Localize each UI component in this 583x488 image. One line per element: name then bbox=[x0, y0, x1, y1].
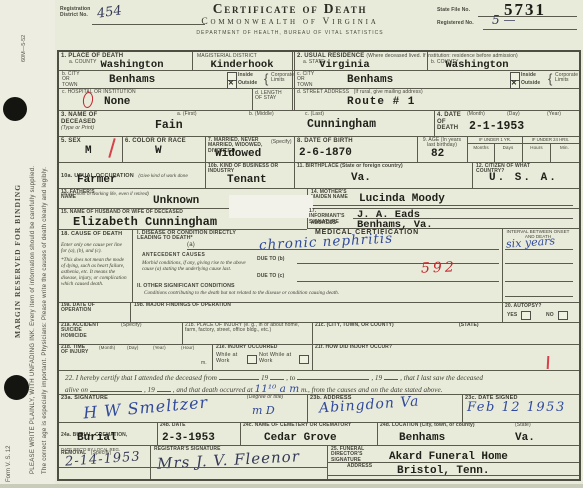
blank-line bbox=[270, 372, 284, 380]
certify-text: 19 bbox=[261, 374, 268, 382]
middle-name-label: b. (Middle) bbox=[249, 112, 274, 117]
minutes-label: Min. bbox=[551, 145, 578, 150]
cause-of-death-label: 18. CAUSE OF DEATH bbox=[61, 231, 127, 238]
rule-line bbox=[187, 249, 499, 250]
residence-county-value: Washington bbox=[427, 59, 527, 71]
certify-text: m., from the causes and on the date stat… bbox=[301, 386, 442, 394]
red-zero-mark bbox=[82, 91, 94, 108]
registered-no-label: Registered No. bbox=[437, 21, 474, 26]
day-label: (Day) bbox=[127, 345, 139, 350]
year-label: (Year) bbox=[153, 345, 166, 350]
mother-maiden-name-label: 14. MOTHER'S MAIDEN NAME bbox=[311, 190, 353, 201]
first-name-value: Fain bbox=[155, 119, 183, 132]
divider-line bbox=[157, 422, 158, 445]
disease-condition-label: I. DISEASE OR CONDITION DIRECTLY LEADING… bbox=[137, 231, 257, 242]
not-while-at-work-label: Not While at Work bbox=[259, 352, 295, 364]
residence-state-value: Virginia bbox=[307, 59, 382, 71]
operation-findings-label: 19b. MAJOR FINDINGS OF OPERATION bbox=[134, 303, 231, 308]
outside-checkbox: ✕ bbox=[510, 80, 520, 89]
rule-line bbox=[297, 281, 499, 282]
blank-line bbox=[219, 372, 259, 380]
stock-number: 60M—5-52 bbox=[21, 35, 27, 62]
department-line: DEPARTMENT OF HEALTH, BUREAU OF VITAL ST… bbox=[160, 30, 420, 36]
date-signed-handwritten: Feb 12 1953 bbox=[467, 400, 566, 415]
rule-line bbox=[483, 29, 577, 30]
divider-line bbox=[212, 344, 213, 370]
date-of-death-label: 4. DATE OF DEATH bbox=[437, 112, 461, 132]
divider-line bbox=[307, 394, 308, 422]
punch-hole bbox=[4, 375, 29, 400]
brace-glyph: { bbox=[548, 71, 552, 86]
business-value: Tenant bbox=[227, 174, 267, 186]
divider-line bbox=[294, 136, 295, 188]
hour-label: (Hour) bbox=[181, 345, 194, 350]
cause-code-handwritten: 592 bbox=[421, 259, 457, 276]
checkbox-mark: ✕ bbox=[511, 80, 517, 88]
autopsy-yes-label: YES bbox=[507, 313, 517, 318]
cause-footnote: *This does not mean the mode of dying, s… bbox=[61, 257, 127, 287]
how-did-injury-occur-label: 21f. HOW DID INJURY OCCUR? bbox=[315, 345, 392, 350]
sex-value: M bbox=[85, 145, 92, 157]
place-county-value: Washington bbox=[87, 59, 177, 71]
injury-city-label: 21c. (CITY, TOWN, OR COUNTY) bbox=[315, 323, 394, 328]
rule-line bbox=[297, 263, 499, 264]
rule-line bbox=[505, 249, 573, 250]
rule-line bbox=[505, 263, 573, 264]
burial-date-value: 2-3-1953 bbox=[162, 432, 215, 444]
if-under-24hrs-label: IF UNDER 24 HRS. bbox=[523, 137, 578, 142]
hours-label: Hours bbox=[523, 145, 550, 150]
length-of-stay-label: d. LENGTH OF STAY bbox=[255, 91, 289, 102]
race-label: 6. COLOR OR RACE bbox=[125, 138, 186, 145]
outside-label: Outside bbox=[238, 81, 257, 86]
meridiem-label: m. bbox=[201, 361, 207, 366]
rule-line bbox=[505, 296, 573, 297]
occupation-value: Farmer bbox=[77, 174, 117, 186]
month-label: (Month) bbox=[467, 112, 485, 117]
name-of-deceased-label: 3. NAME OF DECEASED bbox=[61, 112, 113, 125]
state-label: (State) bbox=[515, 423, 531, 428]
page-title: Certificate of Death bbox=[160, 1, 420, 17]
street-address-value: Route # 1 bbox=[347, 96, 415, 108]
divider-line bbox=[240, 422, 241, 445]
date-of-birth-label: 8. DATE OF BIRTH bbox=[297, 138, 353, 145]
label-text: d. STREET ADDRESS bbox=[297, 89, 349, 95]
state-file-label: State File No. bbox=[437, 8, 470, 13]
date-of-operation-label: 19a. DATE OF OPERATION bbox=[61, 303, 119, 314]
injury-occurred-label: 21e. INJURY OCCURRED bbox=[216, 345, 277, 350]
divider-line bbox=[205, 136, 206, 188]
not-while-at-work-checkbox bbox=[299, 355, 309, 364]
rule-line bbox=[327, 475, 579, 476]
cemetery-city-value: Benhams bbox=[399, 432, 445, 444]
divider-line bbox=[192, 52, 193, 70]
degree-or-title-label: (Degree or title) bbox=[247, 395, 283, 400]
father-name-label: 13. FATHER'S NAME bbox=[61, 190, 95, 201]
injury-state-label: (STATE) bbox=[459, 323, 479, 328]
divider-line bbox=[122, 136, 123, 162]
registration-district-label-2: District No. bbox=[60, 13, 88, 18]
funeral-address-label: ADDRESS bbox=[347, 464, 372, 469]
sex-label: 5. SEX bbox=[61, 138, 81, 145]
residence-city-label: c. CITY OR TOWN bbox=[297, 72, 321, 88]
physician-degree-handwritten: m D bbox=[252, 404, 275, 417]
certify-text: , 19 bbox=[371, 374, 382, 382]
birthplace-label: 11. BIRTHPLACE (State or foreign country… bbox=[297, 164, 403, 169]
if-under-1yr-label: IF UNDER 1 YR. bbox=[468, 137, 522, 142]
death-certificate-scan: 60M—5-52 MARGIN RESERVED FOR BINDING PLE… bbox=[0, 0, 583, 488]
burial-date-label: 24b. DATE bbox=[160, 423, 186, 428]
inside-label: Inside bbox=[238, 73, 253, 78]
rule-line bbox=[311, 205, 573, 206]
page-bottom-edge bbox=[0, 484, 583, 488]
registration-district-value: 454 bbox=[96, 3, 123, 21]
certify-text: 22. I hereby certify that I attended the… bbox=[65, 374, 217, 382]
blank-line bbox=[384, 372, 398, 380]
blank-line bbox=[90, 384, 142, 392]
last-name-label: c. (Last) bbox=[305, 112, 324, 117]
margin-binding-note: MARGIN RESERVED FOR BINDING bbox=[13, 184, 22, 338]
funeral-director-label: 25. FUNERAL DIRECTOR'S SIGNATURE bbox=[331, 447, 391, 463]
due-to-c-label: DUE TO (c) bbox=[257, 274, 284, 279]
autopsy-no-checkbox bbox=[558, 311, 568, 320]
certify-text: , to bbox=[286, 374, 295, 382]
place-city-value: Benhams bbox=[109, 74, 155, 86]
certify-statement: 22. I hereby certify that I attended the… bbox=[65, 372, 575, 396]
other-conditions-label: II. OTHER SIGNIFICANT CONDITIONS bbox=[137, 284, 235, 289]
checkbox-mark: ✕ bbox=[228, 80, 234, 88]
blank-line bbox=[297, 372, 369, 380]
cause-enter-note: Enter only one cause per line for (a), (… bbox=[61, 242, 127, 254]
other-conditions-note: Conditions contributing to the death but… bbox=[144, 291, 344, 297]
corporate-limits-label: Corporate Limits bbox=[555, 73, 577, 84]
outside-checkbox: ✕ bbox=[227, 80, 237, 89]
rule-line bbox=[467, 143, 579, 144]
date-of-birth-value: 2-6-1870 bbox=[299, 147, 352, 159]
hospital-label: c. HOSPITAL OR INSTITUTION bbox=[62, 90, 136, 95]
divider-line bbox=[312, 322, 313, 370]
birthplace-value: Va. bbox=[351, 172, 371, 184]
registered-no-value: 5 — bbox=[492, 13, 515, 27]
divider-line bbox=[377, 422, 378, 445]
while-at-work-label: While at Work bbox=[216, 352, 246, 364]
accident-suicide-homicide-label: 21a. ACCIDENT SUICIDE HOMICIDE bbox=[61, 323, 101, 339]
redaction-box bbox=[229, 195, 313, 218]
form-number: Form V. S. 12 bbox=[6, 446, 12, 482]
certify-text: , that I last saw the deceased bbox=[400, 374, 483, 382]
last-name-value: Cunningham bbox=[307, 118, 376, 131]
punch-hole bbox=[3, 97, 27, 121]
autopsy-no-label: NO bbox=[546, 313, 554, 318]
days-label: Days bbox=[495, 145, 521, 150]
certify-text: , 19 bbox=[144, 386, 155, 394]
hospital-value: None bbox=[104, 96, 130, 108]
commonwealth-subtitle: Commonwealth of Virginia bbox=[160, 17, 420, 27]
due-to-b-label: DUE TO (b) bbox=[257, 257, 285, 262]
divider-line bbox=[472, 162, 473, 188]
certify-text: , and that death occurred at bbox=[173, 386, 253, 394]
certificate-form-grid: 1. PLACE OF DEATH a. COUNTY Washington M… bbox=[57, 50, 581, 481]
outside-label: Outside bbox=[521, 81, 540, 86]
physician-signature-label: 23a. SIGNATURE bbox=[61, 395, 108, 402]
inside-label: Inside bbox=[521, 73, 536, 78]
place-city-label: b. CITY OR TOWN bbox=[62, 72, 86, 88]
cemetery-location-label: 24d. LOCATION (City, town, or county) bbox=[380, 423, 475, 428]
race-value: W bbox=[155, 145, 162, 157]
month-label: (Month) bbox=[99, 345, 115, 350]
autopsy-yes-checkbox bbox=[521, 311, 531, 320]
divider-line bbox=[417, 136, 418, 162]
red-check-mark bbox=[108, 138, 115, 158]
father-name-value: Unknown bbox=[153, 195, 199, 207]
antecedent-causes-label: ANTECEDENT CAUSES bbox=[142, 253, 205, 258]
informant-address-label: ADDRESS bbox=[311, 221, 336, 226]
cause-a-label: (a) bbox=[187, 242, 195, 249]
rule-line bbox=[505, 281, 573, 282]
first-name-label: a. (First) bbox=[177, 112, 197, 117]
while-at-work-checkbox bbox=[247, 355, 257, 364]
blank-line bbox=[157, 384, 171, 392]
cause-a-value-handwritten: chronic nephritis bbox=[259, 230, 394, 253]
divider-line bbox=[252, 88, 253, 110]
cemetery-state-value: Va. bbox=[515, 432, 535, 444]
street-address-label: d. STREET ADDRESS (If rural, give mailin… bbox=[297, 90, 423, 95]
place-of-injury-label: 21b. PLACE OF INJURY (e. g., in or about… bbox=[185, 323, 307, 334]
rule-line bbox=[59, 467, 327, 468]
specify-note: (Specify) bbox=[271, 140, 292, 145]
magisterial-district-value: Kinderhook bbox=[197, 59, 287, 71]
rule-line bbox=[59, 370, 579, 371]
label-paren: (If rural, give mailing address) bbox=[354, 89, 423, 95]
red-check-mark bbox=[547, 356, 550, 369]
morbid-conditions-note: Morbid conditions, if any, giving rise t… bbox=[142, 260, 248, 272]
margin-note-2: The correct age is especially important.… bbox=[42, 167, 48, 474]
type-or-print-note: (Type or Print) bbox=[61, 126, 94, 131]
divider-line bbox=[132, 229, 133, 302]
specify-note: (Specify) bbox=[121, 323, 142, 328]
divider-line bbox=[182, 322, 183, 344]
months-label: Months bbox=[468, 145, 494, 150]
day-label: (Day) bbox=[507, 112, 520, 117]
margin-note-1: PLEASE WRITE PLAINLY, WITH UNFADING INK.… bbox=[30, 166, 36, 474]
citizen-value: U. S. A. bbox=[489, 172, 558, 184]
date-of-death-value: 2-1-1953 bbox=[469, 120, 524, 133]
age-value: 82 bbox=[431, 148, 444, 160]
residence-city-value: Benhams bbox=[347, 74, 393, 86]
divider-line bbox=[434, 110, 435, 136]
brace-glyph: { bbox=[264, 71, 268, 86]
cemetery-value: Cedar Grove bbox=[264, 432, 337, 444]
autopsy-label: 20. AUTOPSY? bbox=[505, 304, 542, 309]
year-label: (Year) bbox=[547, 112, 561, 117]
divider-line bbox=[502, 228, 503, 322]
time-of-injury-label: 21d. TIME OF INJURY bbox=[61, 345, 91, 356]
certify-text: alive on bbox=[65, 386, 88, 394]
spouse-name-value: Elizabeth Cunningham bbox=[73, 215, 217, 229]
divider-line bbox=[130, 302, 131, 322]
marital-status-value: Widowed bbox=[215, 148, 261, 160]
corporate-limits-label: Corporate Limits bbox=[271, 73, 293, 84]
cemetery-label: 24c. NAME OF CEMETERY OR CREMATORY bbox=[243, 423, 351, 428]
mother-maiden-name-value: Lucinda Moody bbox=[359, 193, 445, 205]
divider-line bbox=[462, 394, 463, 422]
burial-value: Burial bbox=[77, 432, 117, 444]
